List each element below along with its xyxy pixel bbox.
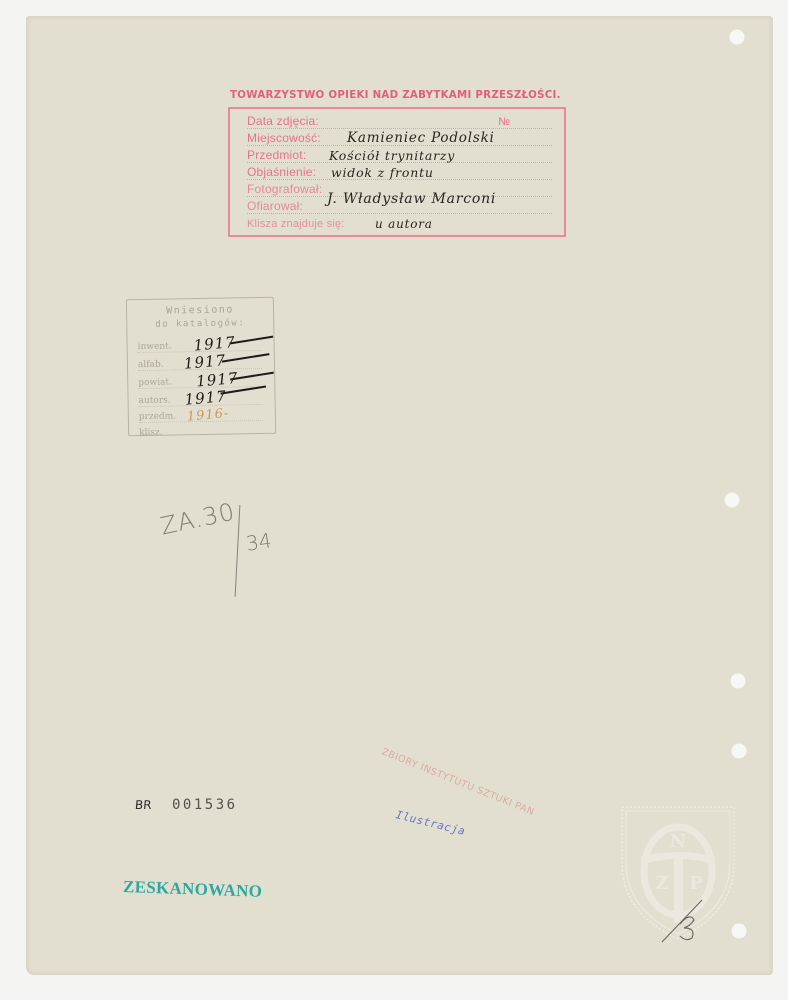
handwritten-value: widok z frontu: [331, 165, 434, 180]
catalog-row-label: autors.: [139, 396, 171, 407]
punch-hole: [732, 744, 747, 759]
field-label: Przedmiot:: [247, 148, 306, 162]
catalog-row: powiat. 1917: [138, 372, 262, 389]
punch-hole: [730, 30, 745, 45]
field-negative-location: Klisza znajduje się: u autora: [247, 213, 552, 230]
handwritten-value: Kamieniec Podolski: [347, 130, 495, 146]
field-label: Data zdjęcia:: [247, 114, 319, 128]
handwritten-value: J. Władysław Marconi: [327, 191, 496, 207]
handwritten-value: Kościół trynitarzy: [329, 148, 455, 163]
catalog-row: przedm. 1916-: [139, 406, 263, 423]
catalog-row-label: klisz.: [139, 428, 163, 438]
catalog-row: alfab. 1917: [138, 354, 262, 371]
catalog-row: autors. 1917: [138, 390, 262, 407]
field-label: Miejscowość:: [247, 131, 321, 145]
svg-text:P: P: [689, 873, 703, 894]
catalog-row-value: 1917: [184, 387, 228, 409]
br-inventory-number: 001536: [172, 797, 238, 813]
field-label: Ofiarował:: [247, 199, 303, 213]
field-photo-date: Data zdjęcia: №: [247, 111, 552, 129]
number-sign: №: [498, 116, 510, 128]
photo-info-stamp: Data zdjęcia: № Miejscowość: Kamieniec P…: [228, 107, 566, 237]
catalog-stamp: Wniesiono do katalogów: inwent. 1917 alf…: [126, 297, 276, 437]
catalog-heading: Wniesiono: [127, 304, 273, 318]
catalog-row-label: powiat.: [138, 378, 172, 389]
catalog-row-label: przedm.: [139, 411, 176, 422]
pencil-signature-icon: [660, 898, 710, 944]
field-subject: Przedmiot: Kościół trynitarzy: [247, 145, 552, 163]
field-donor: Ofiarował: J. Władysław Marconi: [247, 196, 552, 214]
catalog-row: inwent. 1917: [137, 336, 261, 353]
svg-text:Z: Z: [655, 873, 668, 894]
society-stamp-title: TOWARZYSTWO OPIEKI NAD ZABYTKAMI PRZESZŁ…: [230, 88, 546, 101]
catalog-heading: do katalogów:: [127, 318, 273, 331]
field-location: Miejscowość: Kamieniec Podolski: [247, 128, 552, 146]
catalog-row: klisz.: [139, 422, 263, 438]
field-label: Klisza znajduje się:: [247, 218, 345, 230]
punch-hole: [725, 493, 740, 508]
field-description: Objaśnienie: widok z frontu: [247, 162, 552, 180]
field-label: Objaśnienie:: [247, 165, 316, 179]
catalog-row-label: inwent.: [138, 342, 172, 353]
br-label: BR: [134, 798, 152, 812]
pencil-sub-number: 34: [244, 528, 273, 555]
svg-text:N: N: [670, 831, 686, 852]
punch-hole: [731, 674, 746, 689]
catalog-row-label: alfab.: [138, 360, 164, 370]
field-label: Fotografował:: [247, 182, 322, 196]
handwritten-value: u autora: [375, 217, 433, 231]
